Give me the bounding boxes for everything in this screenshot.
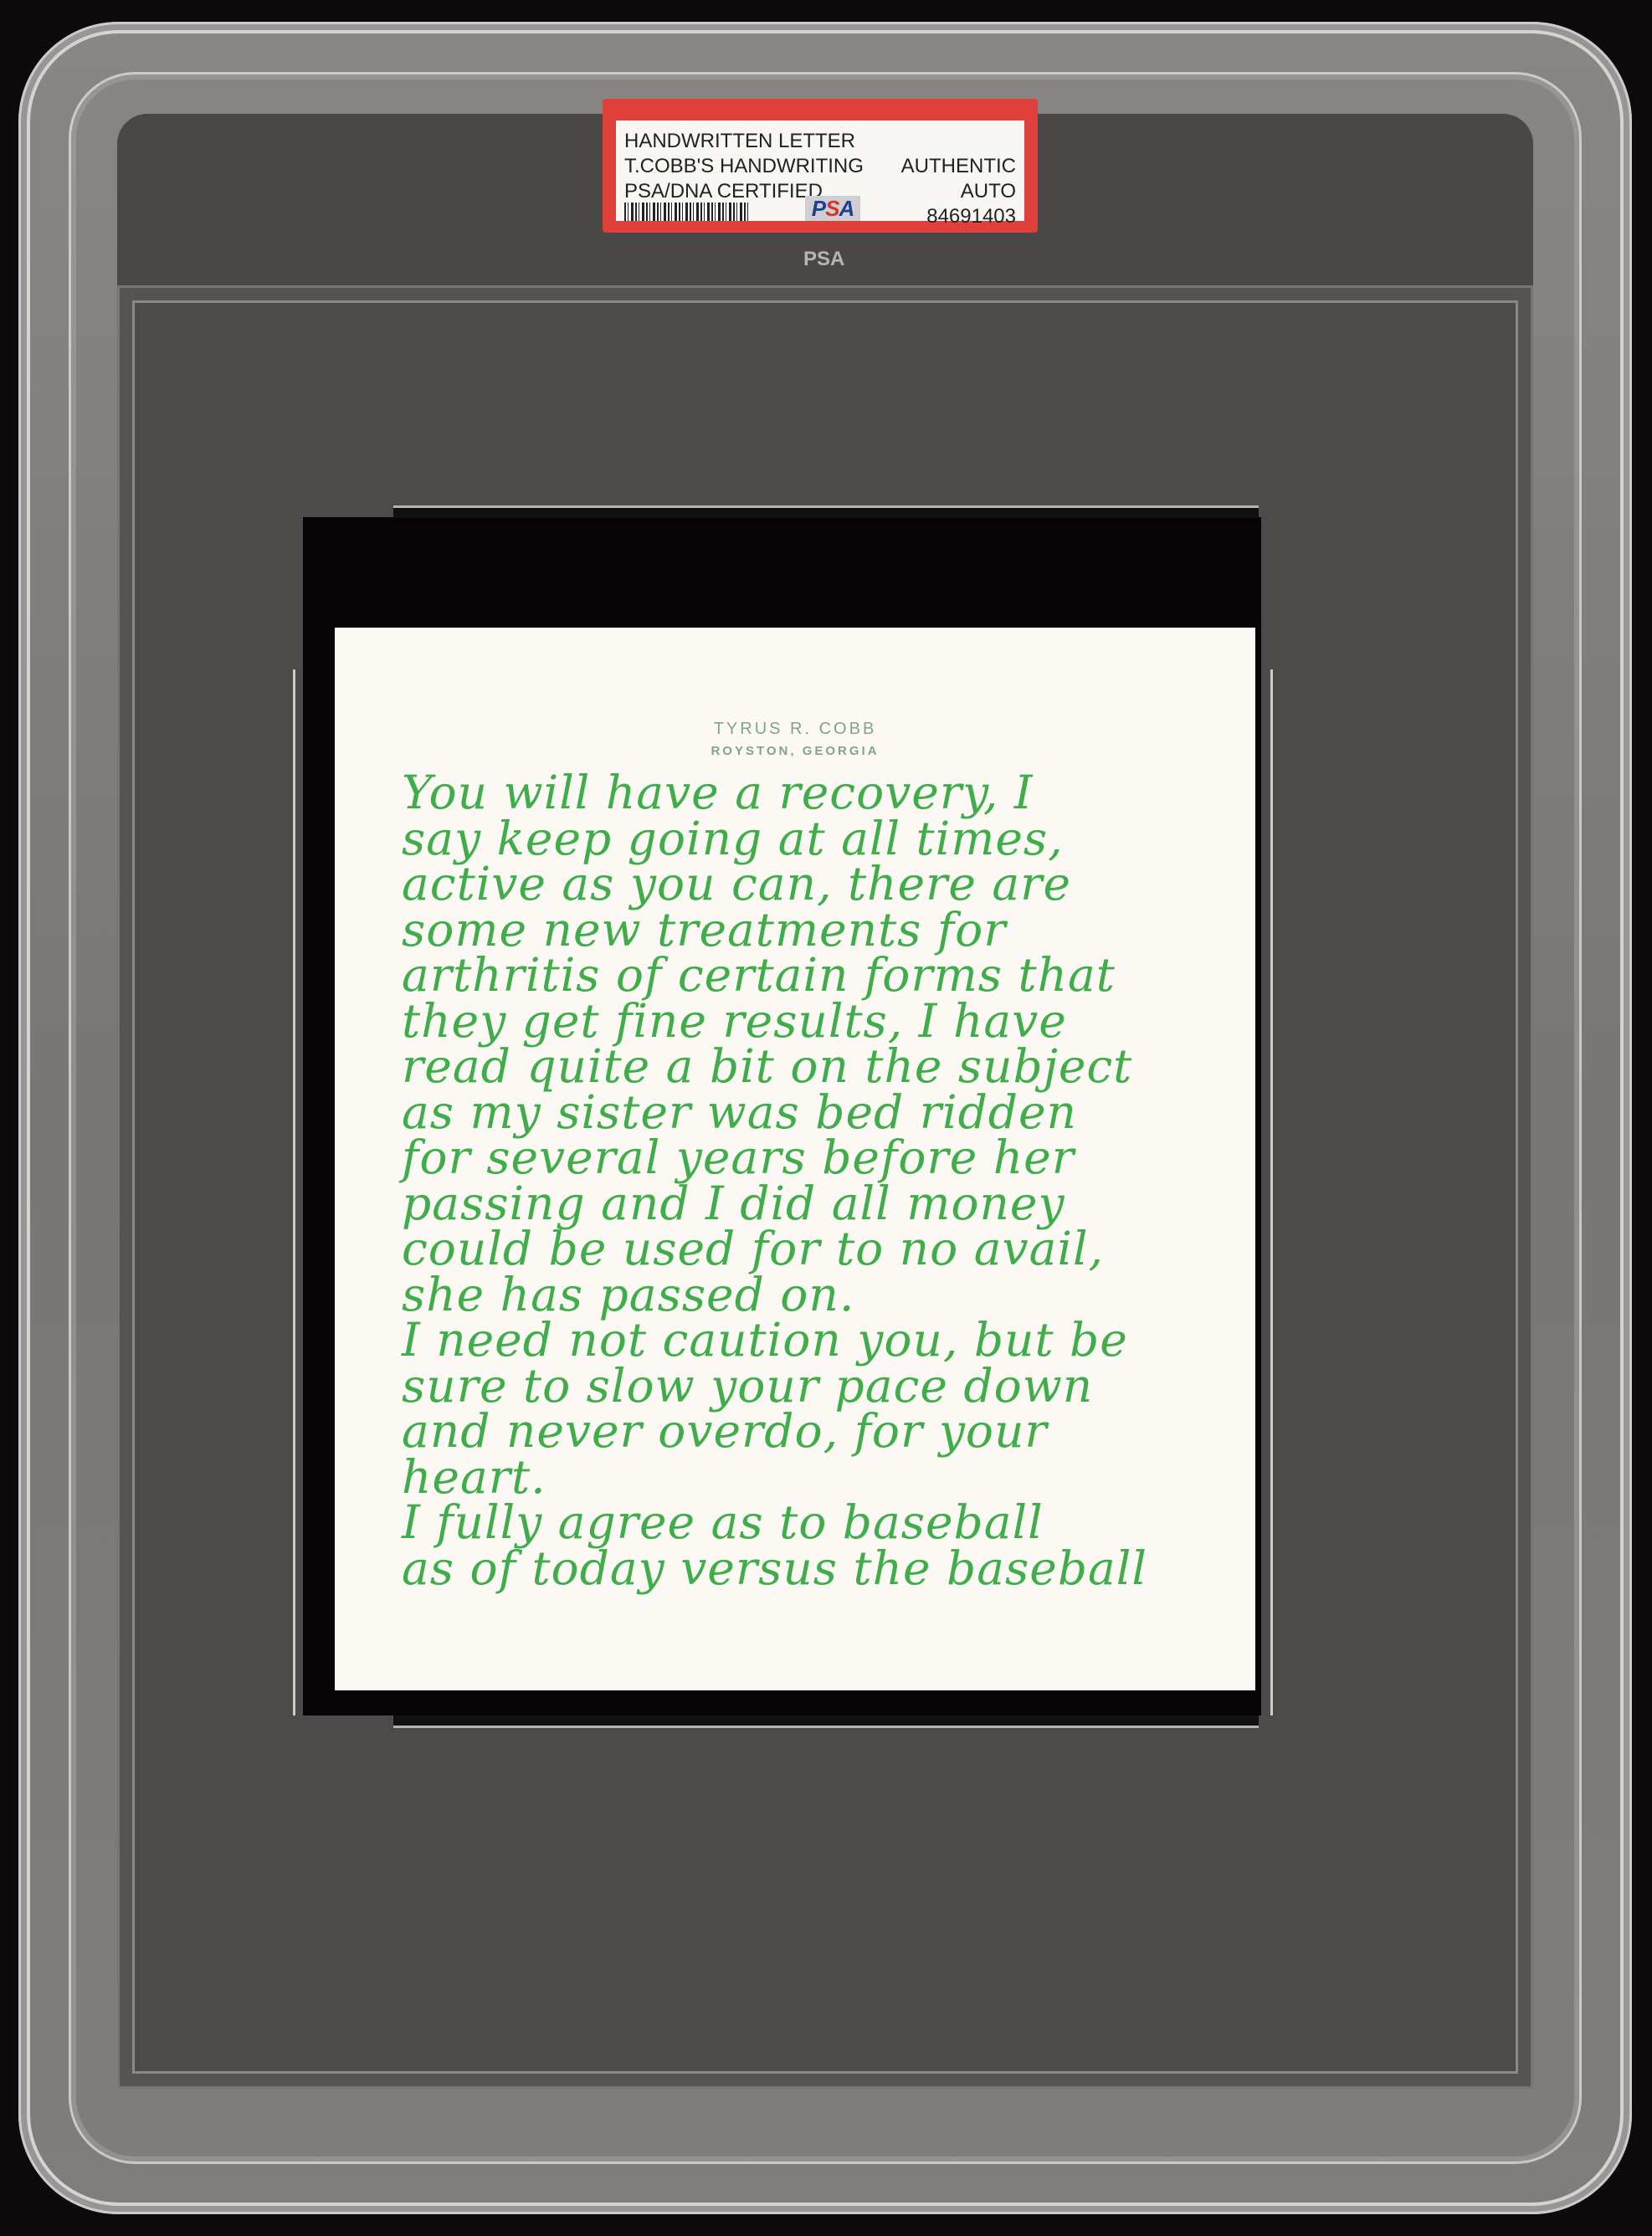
letter-page: TYRUS R. COBB ROYSTON, GEORGIA You will … — [335, 628, 1255, 1690]
letter-line: she has passed on. — [402, 1272, 1239, 1318]
psa-emboss-mark: PSA — [803, 248, 844, 271]
sleeve-edge-right — [1262, 669, 1273, 1715]
letterhead-name: TYRUS R. COBB — [335, 720, 1255, 739]
sleeve-edge-left — [293, 669, 304, 1715]
letter-line: arthritis of certain forms that — [402, 952, 1239, 998]
letter-line: could be used for to no avail, — [402, 1226, 1239, 1272]
label-description: HANDWRITTEN LETTER T.COBB'S HANDWRITING … — [624, 129, 864, 204]
handwritten-body: You will have a recovery, I say keep goi… — [402, 770, 1239, 1591]
label-authenticity: AUTHENTIC — [901, 154, 1016, 179]
label-item-type: HANDWRITTEN LETTER — [624, 129, 864, 154]
letter-line: You will have a recovery, I — [402, 770, 1239, 816]
letter-line: sure to slow your pace down — [402, 1363, 1239, 1409]
label-item-subject: T.COBB'S HANDWRITING — [624, 154, 864, 179]
sleeve-edge-top — [393, 505, 1259, 518]
letter-line: I need not caution you, but be — [402, 1317, 1239, 1363]
letter-line: passing and I did all money — [402, 1181, 1239, 1227]
letter-line: they get fine results, I have — [402, 998, 1239, 1044]
letter-line: say keep going at all times, — [402, 816, 1239, 862]
letter-line: as my sister was bed ridden — [402, 1090, 1239, 1136]
sleeve-edge-bottom — [393, 1715, 1259, 1728]
barcode-icon — [624, 203, 748, 221]
letter-line: heart. — [402, 1454, 1239, 1500]
letter-line: active as you can, there are — [402, 861, 1239, 907]
psa-logo-icon: PSA — [805, 196, 860, 221]
letter-line: as of today versus the baseball — [402, 1546, 1239, 1592]
letterhead: TYRUS R. COBB ROYSTON, GEORGIA — [335, 720, 1255, 758]
label-grade: AUTHENTIC AUTO 84691403 — [901, 154, 1016, 229]
label-auto: AUTO — [901, 179, 1016, 204]
letterhead-location: ROYSTON, GEORGIA — [335, 744, 1255, 758]
letter-line: some new treatments for — [402, 907, 1239, 953]
letter-line: I fully agree as to baseball — [402, 1500, 1239, 1546]
label-face: HANDWRITTEN LETTER T.COBB'S HANDWRITING … — [616, 121, 1024, 221]
label-cert-number: 84691403 — [901, 204, 1016, 229]
psa-certification-label: HANDWRITTEN LETTER T.COBB'S HANDWRITING … — [603, 99, 1038, 233]
letter-line: for several years before her — [402, 1135, 1239, 1181]
letter-line: read quite a bit on the subject — [402, 1044, 1239, 1090]
letter-line: and never overdo, for your — [402, 1408, 1239, 1454]
